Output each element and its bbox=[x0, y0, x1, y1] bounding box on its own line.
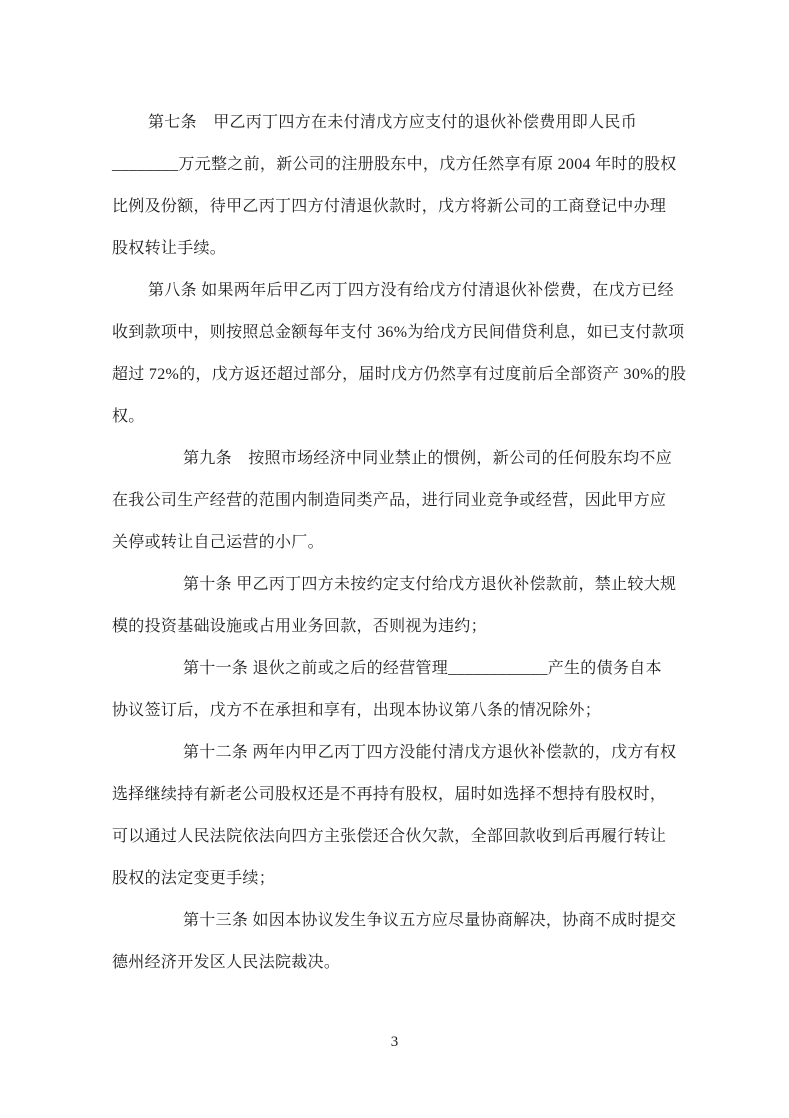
text-line: 模的投资基础设施或占用业务回款，否则视为违约； bbox=[112, 606, 684, 648]
document-page: 第七条 甲乙丙丁四方在未付清戊方应支付的退伙补偿费用即人民币________万元… bbox=[0, 0, 789, 1118]
text-line: 选择继续持有新老公司股权还是不再持有股权，届时如选择不想持有股权时， bbox=[112, 774, 684, 816]
text-line: 第十三条 如因本协议发生争议五方应尽量协商解决，协商不成时提交 bbox=[112, 900, 684, 942]
article-9: 第九条 按照市场经济中同业禁止的惯例，新公司的任何股东均不应在我公司生产经营的范… bbox=[112, 438, 684, 564]
article-10: 第十条 甲乙丙丁四方未按约定支付给戊方退伙补偿款前，禁止较大规模的投资基础设施或… bbox=[112, 564, 684, 648]
text-line: 股权的法定变更手续； bbox=[112, 858, 684, 900]
text-line: 第十条 甲乙丙丁四方未按约定支付给戊方退伙补偿款前，禁止较大规 bbox=[112, 564, 684, 606]
page-number: 3 bbox=[391, 1034, 399, 1050]
document-body: 第七条 甲乙丙丁四方在未付清戊方应支付的退伙补偿费用即人民币________万元… bbox=[112, 102, 684, 984]
text-line: 第十二条 两年内甲乙丙丁四方没能付清戊方退伙补偿款的，戊方有权 bbox=[112, 732, 684, 774]
text-line: 权。 bbox=[112, 396, 684, 438]
text-line: 第九条 按照市场经济中同业禁止的惯例，新公司的任何股东均不应 bbox=[112, 438, 684, 480]
text-line: 在我公司生产经营的范围内制造同类产品，进行同业竞争或经营，因此甲方应 bbox=[112, 480, 684, 522]
text-line: 可以通过人民法院依法向四方主张偿还合伙欠款，全部回款收到后再履行转让 bbox=[112, 816, 684, 858]
article-11: 第十一条 退伙之前或之后的经营管理____________产生的债务自本协议签订… bbox=[112, 648, 684, 732]
text-line: 股权转让手续。 bbox=[112, 228, 684, 270]
text-line: 第十一条 退伙之前或之后的经营管理____________产生的债务自本 bbox=[112, 648, 684, 690]
article-7: 第七条 甲乙丙丁四方在未付清戊方应支付的退伙补偿费用即人民币________万元… bbox=[112, 102, 684, 270]
text-line: 协议签订后，戊方不在承担和享有，出现本协议第八条的情况除外； bbox=[112, 690, 684, 732]
page-footer: 3 bbox=[0, 1032, 789, 1052]
text-line: 德州经济开发区人民法院裁决。 bbox=[112, 942, 684, 984]
article-12: 第十二条 两年内甲乙丙丁四方没能付清戊方退伙补偿款的，戊方有权选择继续持有新老公… bbox=[112, 732, 684, 900]
text-line: 收到款项中，则按照总金额每年支付 36%为给戊方民间借贷利息，如已支付款项 bbox=[112, 312, 684, 354]
article-8: 第八条 如果两年后甲乙丙丁四方没有给戊方付清退伙补偿费，在戊方已经收到款项中，则… bbox=[112, 270, 684, 438]
text-line: 比例及份额，待甲乙丙丁四方付清退伙款时，戊方将新公司的工商登记中办理 bbox=[112, 186, 684, 228]
text-line: 关停或转让自己运营的小厂。 bbox=[112, 522, 684, 564]
text-line: 第八条 如果两年后甲乙丙丁四方没有给戊方付清退伙补偿费，在戊方已经 bbox=[112, 270, 684, 312]
text-line: 超过 72%的，戊方返还超过部分，届时戊方仍然享有过度前后全部资产 30%的股 bbox=[112, 354, 684, 396]
article-13: 第十三条 如因本协议发生争议五方应尽量协商解决，协商不成时提交德州经济开发区人民… bbox=[112, 900, 684, 984]
text-line: 第七条 甲乙丙丁四方在未付清戊方应支付的退伙补偿费用即人民币 bbox=[112, 102, 684, 144]
text-line: ________万元整之前，新公司的注册股东中，戊方任然享有原 2004 年时的… bbox=[112, 144, 684, 186]
